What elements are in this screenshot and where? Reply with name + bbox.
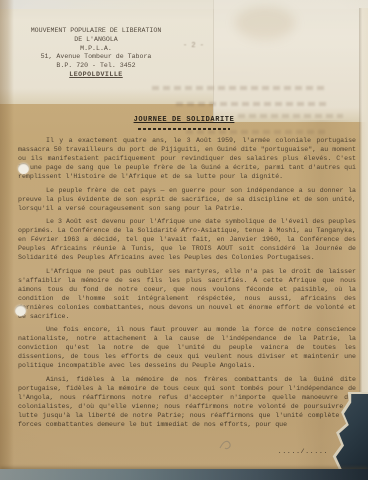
paragraph-4: L'Afrique ne peut pas oublier ses martyr… — [18, 267, 356, 321]
underlying-sheet-edge-right — [359, 8, 368, 398]
paragraph-6: Ainsi, fidèles à la mémoire de nos frère… — [18, 375, 356, 429]
bleedthrough-smudge — [176, 102, 326, 106]
org-contact: B.P. 720 - Tel. 3452 — [28, 62, 164, 71]
letterhead: MOUVEMENT POPULAIRE DE LIBERATION DE L'A… — [28, 27, 164, 80]
pencil-squiggle-mark — [218, 438, 238, 452]
scanner-edge-top — [0, 0, 368, 9]
scanned-document-page: - 2 - MOUVEMENT POPULAIRE DE LIBERATION … — [0, 0, 368, 480]
title-underline-dashes — [138, 128, 230, 130]
org-acronym: M.P.L.A. — [28, 45, 164, 54]
document-title-block: JOURNEE DE SOLIDARITE — [0, 108, 368, 130]
ghost-page-number: - 2 - — [183, 42, 204, 50]
continuation-mark: ...../..... — [278, 448, 328, 456]
bleedthrough-smudge — [152, 86, 327, 90]
org-city: LEOPOLDVILLE — [28, 71, 164, 80]
org-address: 51, Avenue Tombeur de Tabora — [28, 53, 164, 62]
paragraph-5: Une fois encore, il nous faut prouver au… — [18, 325, 356, 370]
paragraph-3: Le 3 Août est devenu pour l'Afrique une … — [18, 217, 356, 262]
org-name-line1: MOUVEMENT POPULAIRE DE LIBERATION — [28, 27, 164, 36]
document-body: Il y a exactement quatre ans, le 3 Août … — [18, 136, 356, 433]
paragraph-2: Le peuple frère de cet pays — en guerre … — [18, 186, 356, 213]
scanner-bed-bottom — [0, 469, 368, 480]
underlying-sheet-edge-left — [0, 0, 14, 471]
punch-hole-top — [18, 163, 29, 174]
punch-hole-bottom — [15, 305, 26, 316]
org-name-line2: DE L'ANGOLA — [28, 36, 164, 45]
bleedthrough-smudge — [186, 130, 326, 134]
paragraph-1: Il y a exactement quatre ans, le 3 Août … — [18, 136, 356, 181]
document-title: JOURNEE DE SOLIDARITE — [134, 116, 235, 124]
paper-stain — [235, 6, 295, 40]
